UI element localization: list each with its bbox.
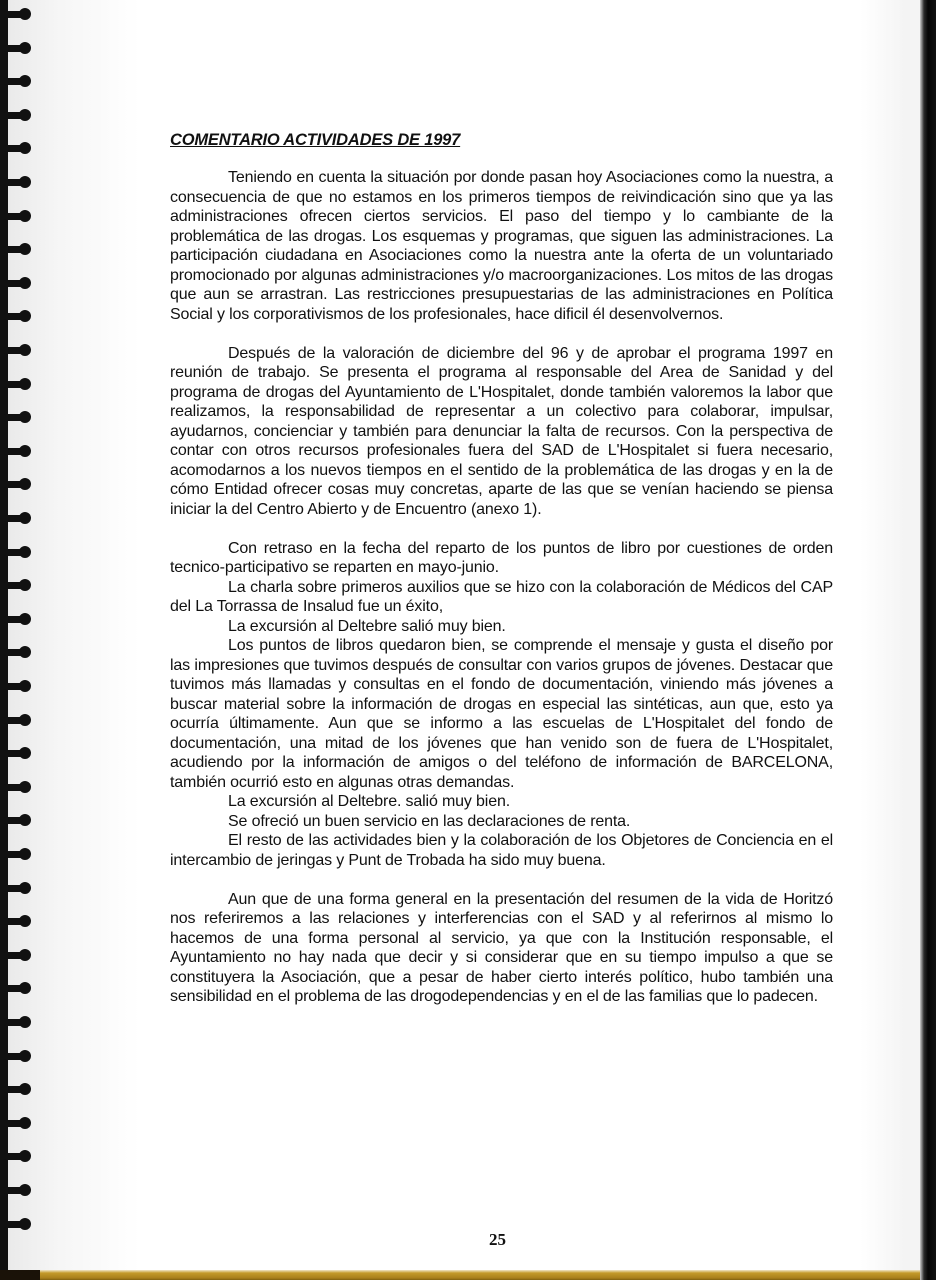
ring-bead	[19, 1083, 31, 1095]
page-corner-shadow	[0, 1270, 40, 1280]
binding-ring	[4, 1117, 30, 1130]
paragraph-bookmarks-result: Los puntos de libros quedaron bien, se c…	[170, 636, 833, 792]
ring-bead	[19, 277, 31, 289]
binding-ring	[4, 243, 30, 256]
binding-ring	[4, 176, 30, 189]
ring-bead	[19, 75, 31, 87]
binding-ring	[4, 646, 30, 659]
ring-bead	[19, 1150, 31, 1162]
paragraph-gap	[170, 324, 833, 344]
binding-ring	[4, 814, 30, 827]
binding-ring	[4, 915, 30, 928]
ring-bead	[19, 613, 31, 625]
ring-bead	[19, 915, 31, 927]
ring-bead	[19, 8, 31, 20]
ring-bead	[19, 646, 31, 658]
binding-ring	[4, 109, 30, 122]
binding-ring	[4, 1184, 30, 1197]
ring-bead	[19, 546, 31, 558]
binding-ring	[4, 848, 30, 861]
binding-ring	[4, 75, 30, 88]
binding-ring	[4, 747, 30, 760]
ring-bead	[19, 42, 31, 54]
binding-ring	[4, 210, 30, 223]
binding-ring	[4, 882, 30, 895]
ring-bead	[19, 310, 31, 322]
binding-ring	[4, 277, 30, 290]
ring-bead	[19, 714, 31, 726]
ring-bead	[19, 109, 31, 121]
binding-ring	[4, 445, 30, 458]
page-number: 25	[489, 1230, 506, 1250]
ring-bead	[19, 445, 31, 457]
binding-ring	[4, 1083, 30, 1096]
binding-ring	[4, 781, 30, 794]
scanned-page: COMENTARIO ACTIVIDADES DE 1997 Teniendo …	[0, 0, 936, 1280]
page-right-edge	[920, 0, 936, 1280]
binding-ring	[4, 8, 30, 21]
paragraph-evaluation: Después de la valoración de diciembre de…	[170, 344, 833, 520]
binding-ring	[4, 378, 30, 391]
paragraph-gap	[170, 519, 833, 539]
ring-bead	[19, 1218, 31, 1230]
spiral-binding	[0, 8, 34, 1270]
paragraph-bookmarks-delay: Con retraso en la fecha del reparto de l…	[170, 539, 833, 578]
ring-bead	[19, 378, 31, 390]
binding-ring	[4, 1218, 30, 1231]
ring-bead	[19, 781, 31, 793]
ring-bead	[19, 814, 31, 826]
paragraph-other-activities: El resto de las actividades bien y la co…	[170, 831, 833, 870]
binding-ring	[4, 579, 30, 592]
binding-ring	[4, 42, 30, 55]
paragraph-context: Teniendo en cuenta la situación por dond…	[170, 168, 833, 324]
binding-ring	[4, 714, 30, 727]
ring-bead	[19, 848, 31, 860]
ring-bead	[19, 478, 31, 490]
ring-bead	[19, 579, 31, 591]
binding-ring	[4, 546, 30, 559]
ring-bead	[19, 210, 31, 222]
paragraph-sad-relations: Aun que de una forma general en la prese…	[170, 890, 833, 1007]
ring-bead	[19, 176, 31, 188]
binding-ring	[4, 1050, 30, 1063]
ring-bead	[19, 1117, 31, 1129]
paragraph-gap	[170, 870, 833, 890]
binding-ring	[4, 613, 30, 626]
binding-ring	[4, 142, 30, 155]
paragraph-first-aid-talk: La charla sobre primeros auxilios que se…	[170, 578, 833, 617]
ring-bead	[19, 344, 31, 356]
ring-bead	[19, 680, 31, 692]
ring-bead	[19, 982, 31, 994]
binding-ring	[4, 411, 30, 424]
binding-ring	[4, 310, 30, 323]
binding-ring	[4, 512, 30, 525]
ring-bead	[19, 1184, 31, 1196]
binding-ring	[4, 982, 30, 995]
page-bottom-edge	[30, 1270, 920, 1280]
binding-ring	[4, 478, 30, 491]
ring-bead	[19, 411, 31, 423]
binding-ring	[4, 344, 30, 357]
ring-bead	[19, 1016, 31, 1028]
ring-bead	[19, 882, 31, 894]
paragraph-tax-service: Se ofreció un buen servicio en las decla…	[170, 812, 833, 832]
ring-bead	[19, 1050, 31, 1062]
paragraph-excursion: La excursión al Deltebre salió muy bien.	[170, 617, 833, 637]
ring-bead	[19, 949, 31, 961]
binding-ring	[4, 680, 30, 693]
ring-bead	[19, 747, 31, 759]
binding-ring	[4, 1150, 30, 1163]
ring-bead	[19, 142, 31, 154]
binding-ring	[4, 949, 30, 962]
paragraph-excursion-repeat: La excursión al Deltebre. salió muy bien…	[170, 792, 833, 812]
binding-ring	[4, 1016, 30, 1029]
document-title: COMENTARIO ACTIVIDADES DE 1997	[170, 130, 833, 150]
document-body: COMENTARIO ACTIVIDADES DE 1997 Teniendo …	[170, 130, 833, 1007]
ring-bead	[19, 243, 31, 255]
ring-bead	[19, 512, 31, 524]
